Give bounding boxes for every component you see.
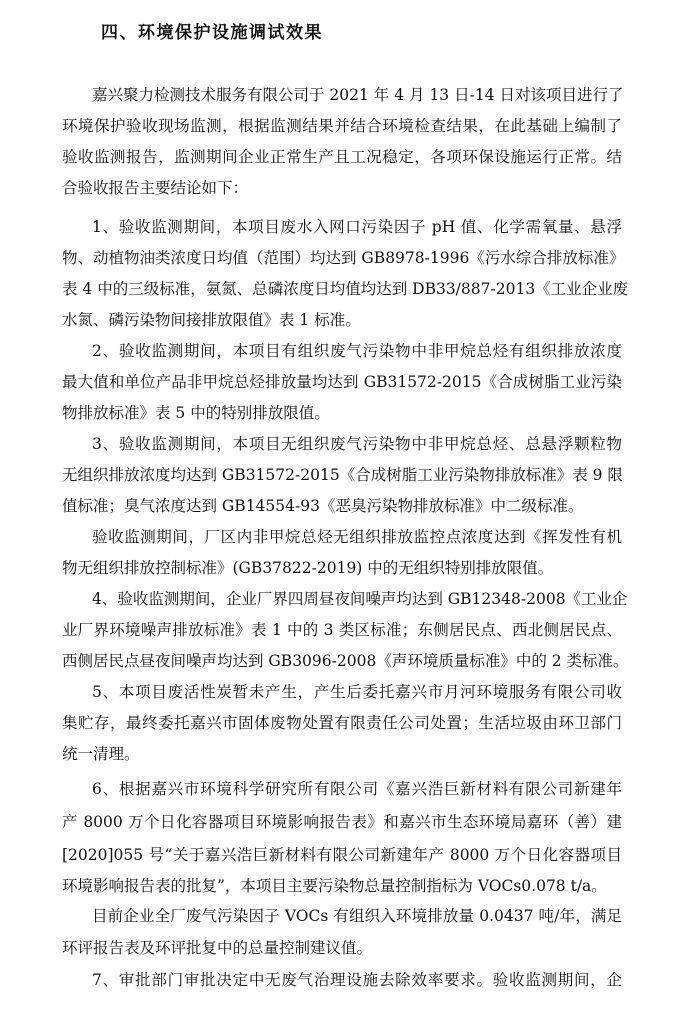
paragraph-item4-line: 4、验收监测期间，企业厂界四周昼夜间噪声均达到 GB12348-2008《工业企 xyxy=(92,589,622,609)
paragraph-item3-line: 3、验收监测期间，本项目无组织废气污染物中非甲烷总烃、总悬浮颗粒物 xyxy=(92,434,622,454)
paragraph-item6b-line: 目前企业全厂废气污染因子 VOCs 有组织入环境排放量 0.0437 吨/年，满… xyxy=(92,906,622,926)
paragraph-item3-line: 值标准；臭气浓度达到 GB14554-93《恶臭污染物排放标准》中二级标准。 xyxy=(62,496,622,516)
paragraph-item4-line: 业厂界环境噪声排放标准》表 1 中的 3 类区标准；东侧居民点、西北侧居民点、 xyxy=(62,620,622,640)
paragraph-item4-line: 西侧居民点昼夜间噪声均达到 GB3096-2008《声环境质量标准》中的 2 类… xyxy=(62,651,622,671)
paragraph-item7-line: 7、审批部门审批决定中无废气治理设施去除效率要求。验收监测期间，企 xyxy=(92,970,622,990)
paragraph-item1-line: 1、验收监测期间，本项目废水入网口污染因子 pH 值、化学需氧量、悬浮 xyxy=(92,217,622,237)
paragraph-intro-line: 合验收报告主要结论如下： xyxy=(62,178,622,198)
paragraph-item5-line: 统一清理。 xyxy=(62,744,622,764)
paragraph-item6-line: [2020]055 号“关于嘉兴浩巨新材料有限公司新建年产 8000 万个日化容… xyxy=(62,845,622,865)
paragraph-item5-line: 集贮存，最终委托嘉兴市固体废物处置有限责任公司处置；生活垃圾由环卫部门 xyxy=(62,713,622,733)
paragraph-item6-line: 6、根据嘉兴市环境科学研究所有限公司《嘉兴浩巨新材料有限公司新建年 xyxy=(92,779,622,799)
paragraph-item6b-line: 环评报告表及环评批复中的总量控制建议值。 xyxy=(62,938,622,958)
paragraph-item3-line: 无组织排放浓度均达到 GB31572-2015《合成树脂工业污染物排放标准》表 … xyxy=(62,465,622,485)
document-page: 四、环境保护设施调试效果 嘉兴聚力检测技术服务有限公司于 2021 年 4 月 … xyxy=(0,0,695,1010)
paragraph-item2-line: 最大值和单位产品非甲烷总烃排放量均达到 GB31572-2015《合成树脂工业污… xyxy=(62,372,622,392)
paragraph-item1-line: 表 4 中的三级标准，氨氮、总磷浓度日均值均达到 DB33/887-2013《工… xyxy=(62,279,622,299)
paragraph-item2-line: 2、验收监测期间，本项目有组织废气污染物中非甲烷总烃有组织排放浓度 xyxy=(92,341,622,361)
paragraph-item3b-line: 验收监测期间，厂区内非甲烷总烃无组织排放监控点浓度达到《挥发性有机 xyxy=(92,527,622,547)
paragraph-item6-line: 环境影响报告表的批复”，本项目主要污染物总量控制指标为 VOCs0.078 t/… xyxy=(62,876,622,896)
paragraph-intro-line: 验收监测报告，监测期间企业正常生产且工况稳定，各项环保设施运行正常。结 xyxy=(62,147,622,167)
paragraph-intro-line: 嘉兴聚力检测技术服务有限公司于 2021 年 4 月 13 日-14 日对该项目… xyxy=(92,85,622,105)
paragraph-item3b-line: 物无组织排放控制标准》(GB37822-2019) 中的无组织特别排放限值。 xyxy=(62,558,622,578)
section-heading: 四、环境保护设施调试效果 xyxy=(101,18,323,43)
paragraph-item2-line: 物排放标准》表 5 中的特别排放限值。 xyxy=(62,403,622,423)
paragraph-item1-line: 水氮、磷污染物间接排放限值》表 1 标准。 xyxy=(62,310,622,330)
paragraph-item1-line: 物、动植物油类浓度日均值（范围）均达到 GB8978-1996《污水综合排放标准… xyxy=(62,248,622,268)
paragraph-item6-line: 产 8000 万个日化容器项目环境影响报告表》和嘉兴市生态环境局嘉环（善）建 xyxy=(62,812,622,832)
paragraph-item5-line: 5、本项目废活性炭暂未产生，产生后委托嘉兴市月河环境服务有限公司收 xyxy=(92,682,622,702)
paragraph-intro-line: 环境保护验收现场监测，根据监测结果并结合环境检查结果，在此基础上编制了 xyxy=(62,116,622,136)
